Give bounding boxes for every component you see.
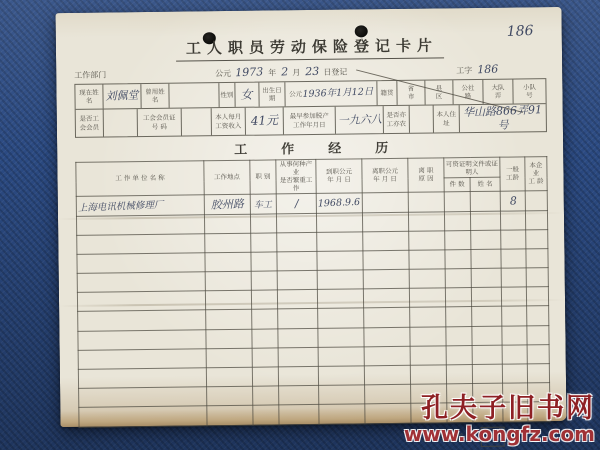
entry-general-seniority: 8 (500, 190, 525, 210)
addr-col-province: 省 市 (397, 81, 425, 105)
union-member-label: 是否工 会会员 (76, 110, 104, 137)
entry-cert-name (470, 191, 500, 211)
union-member-value (104, 109, 138, 136)
day-suffix: 日登记 (323, 68, 347, 77)
worker-farmer-label: 是否亦 工亦农 (384, 106, 410, 133)
header-cert-count: 件 数 (444, 178, 470, 191)
entry-end-date (362, 192, 408, 213)
watermark-site-name: 孔夫子旧书网 (404, 395, 595, 422)
birth-value: 公元 1936年1月12日 (285, 81, 377, 106)
department-label: 工作部门 (74, 69, 106, 80)
serial-number: 工字 186 (456, 62, 546, 76)
month-handwritten: 2 (280, 65, 287, 78)
birth-label: 出生日期 (259, 82, 285, 106)
addr-col-brigade: 大队 弄 (483, 80, 513, 104)
header-unit: 工 作 单 位 名 称 (76, 161, 204, 196)
sex-label: 性别 (219, 83, 235, 107)
union-card-label: 工会会员证 号 码 (138, 109, 182, 137)
entry-industry-mark: / (276, 193, 316, 213)
first-work-value: 一九六八 (336, 106, 384, 134)
header-cert-group: 可资证明文件或证明人 (444, 157, 500, 178)
photo-background: 186 工人职员劳动保险登记卡片 工作部门 公元 1973 年 2 月 23 日… (0, 0, 600, 450)
header-enterprise-seniority: 本企业 工 龄 (525, 157, 547, 191)
first-work-label: 最早参加脱产 工作年月日 (284, 107, 336, 135)
home-address-value: 华山路866弄91号 (460, 104, 546, 132)
home-address-label: 本人住址 (434, 105, 460, 132)
entry-cert-count (444, 191, 470, 211)
wage-label: 本人每月 工资收入 (212, 108, 246, 135)
header-start-date: 到职公元 年 月 日 (316, 159, 362, 193)
registration-card-paper: 186 工人职员劳动保险登记卡片 工作部门 公元 1973 年 2 月 23 日… (55, 7, 566, 427)
month-suffix: 月 (292, 68, 300, 77)
header-reason: 离 职 原 因 (408, 158, 444, 192)
birth-date-handwritten: 1936年1月12日 (302, 86, 373, 101)
name-label: 现在姓名 (75, 85, 103, 109)
birth-era-label: 公元 (289, 90, 302, 98)
year-handwritten: 1973 (235, 65, 263, 79)
header-end-date: 离职公元 年 月 日 (362, 158, 408, 192)
header-general-seniority: 一般 工龄 (500, 157, 525, 191)
addr-col-team: 小队 号 (513, 79, 545, 103)
addr-col-commune: 公社 路 (453, 80, 483, 104)
entry-reason (408, 191, 444, 211)
registration-date: 公元 1973 年 2 月 23 日登记 (106, 63, 456, 80)
watermark: 孔夫子旧书网 www.kongfz.com (404, 395, 595, 444)
origin-label: 籍贯 (377, 81, 397, 105)
worker-farmer-value (410, 105, 434, 132)
year-suffix: 年 (268, 68, 276, 77)
header-job: 职 别 (250, 160, 276, 194)
serial-value-handwritten: 186 (477, 62, 498, 76)
former-name-value (169, 83, 219, 108)
era-label: 公元 (215, 69, 231, 78)
entry-enterprise-seniority (525, 190, 547, 210)
header-cert-name: 姓 名 (470, 178, 500, 191)
name-value: 刘佩堂 (103, 84, 141, 108)
work-history-table: 工 作 单 位 名 称 工作地点 职 别 从事何种产业 是否繁重工作 到职公元 … (75, 156, 550, 427)
entry-location: 胶州路 (204, 194, 250, 215)
personal-info-grid: 现在姓名 刘佩堂 曾用姓名 性别 女 出生日期 公元 1936年1月12日 籍贯… (74, 78, 547, 138)
former-name-label: 曾用姓名 (141, 84, 169, 108)
header-location: 工作地点 (204, 160, 250, 194)
entry-job: 车工 (250, 193, 276, 213)
watermark-site-url: www.kongfz.com (404, 424, 595, 444)
wage-value: 41元 (246, 107, 284, 134)
day-handwritten: 23 (305, 65, 319, 79)
addr-col-county: 县 区 (425, 80, 453, 104)
sex-value: 女 (235, 83, 259, 107)
entry-unit: 上海电讯机械修理厂 (76, 194, 204, 216)
entry-start-date: 1968.9.6 (316, 192, 362, 213)
header-industry: 从事何种产业 是否繁重工作 (276, 159, 316, 193)
serial-label: 工字 (456, 66, 472, 75)
union-card-value (182, 108, 212, 135)
document-title: 工人职员劳动保险登记卡片 (176, 34, 444, 61)
